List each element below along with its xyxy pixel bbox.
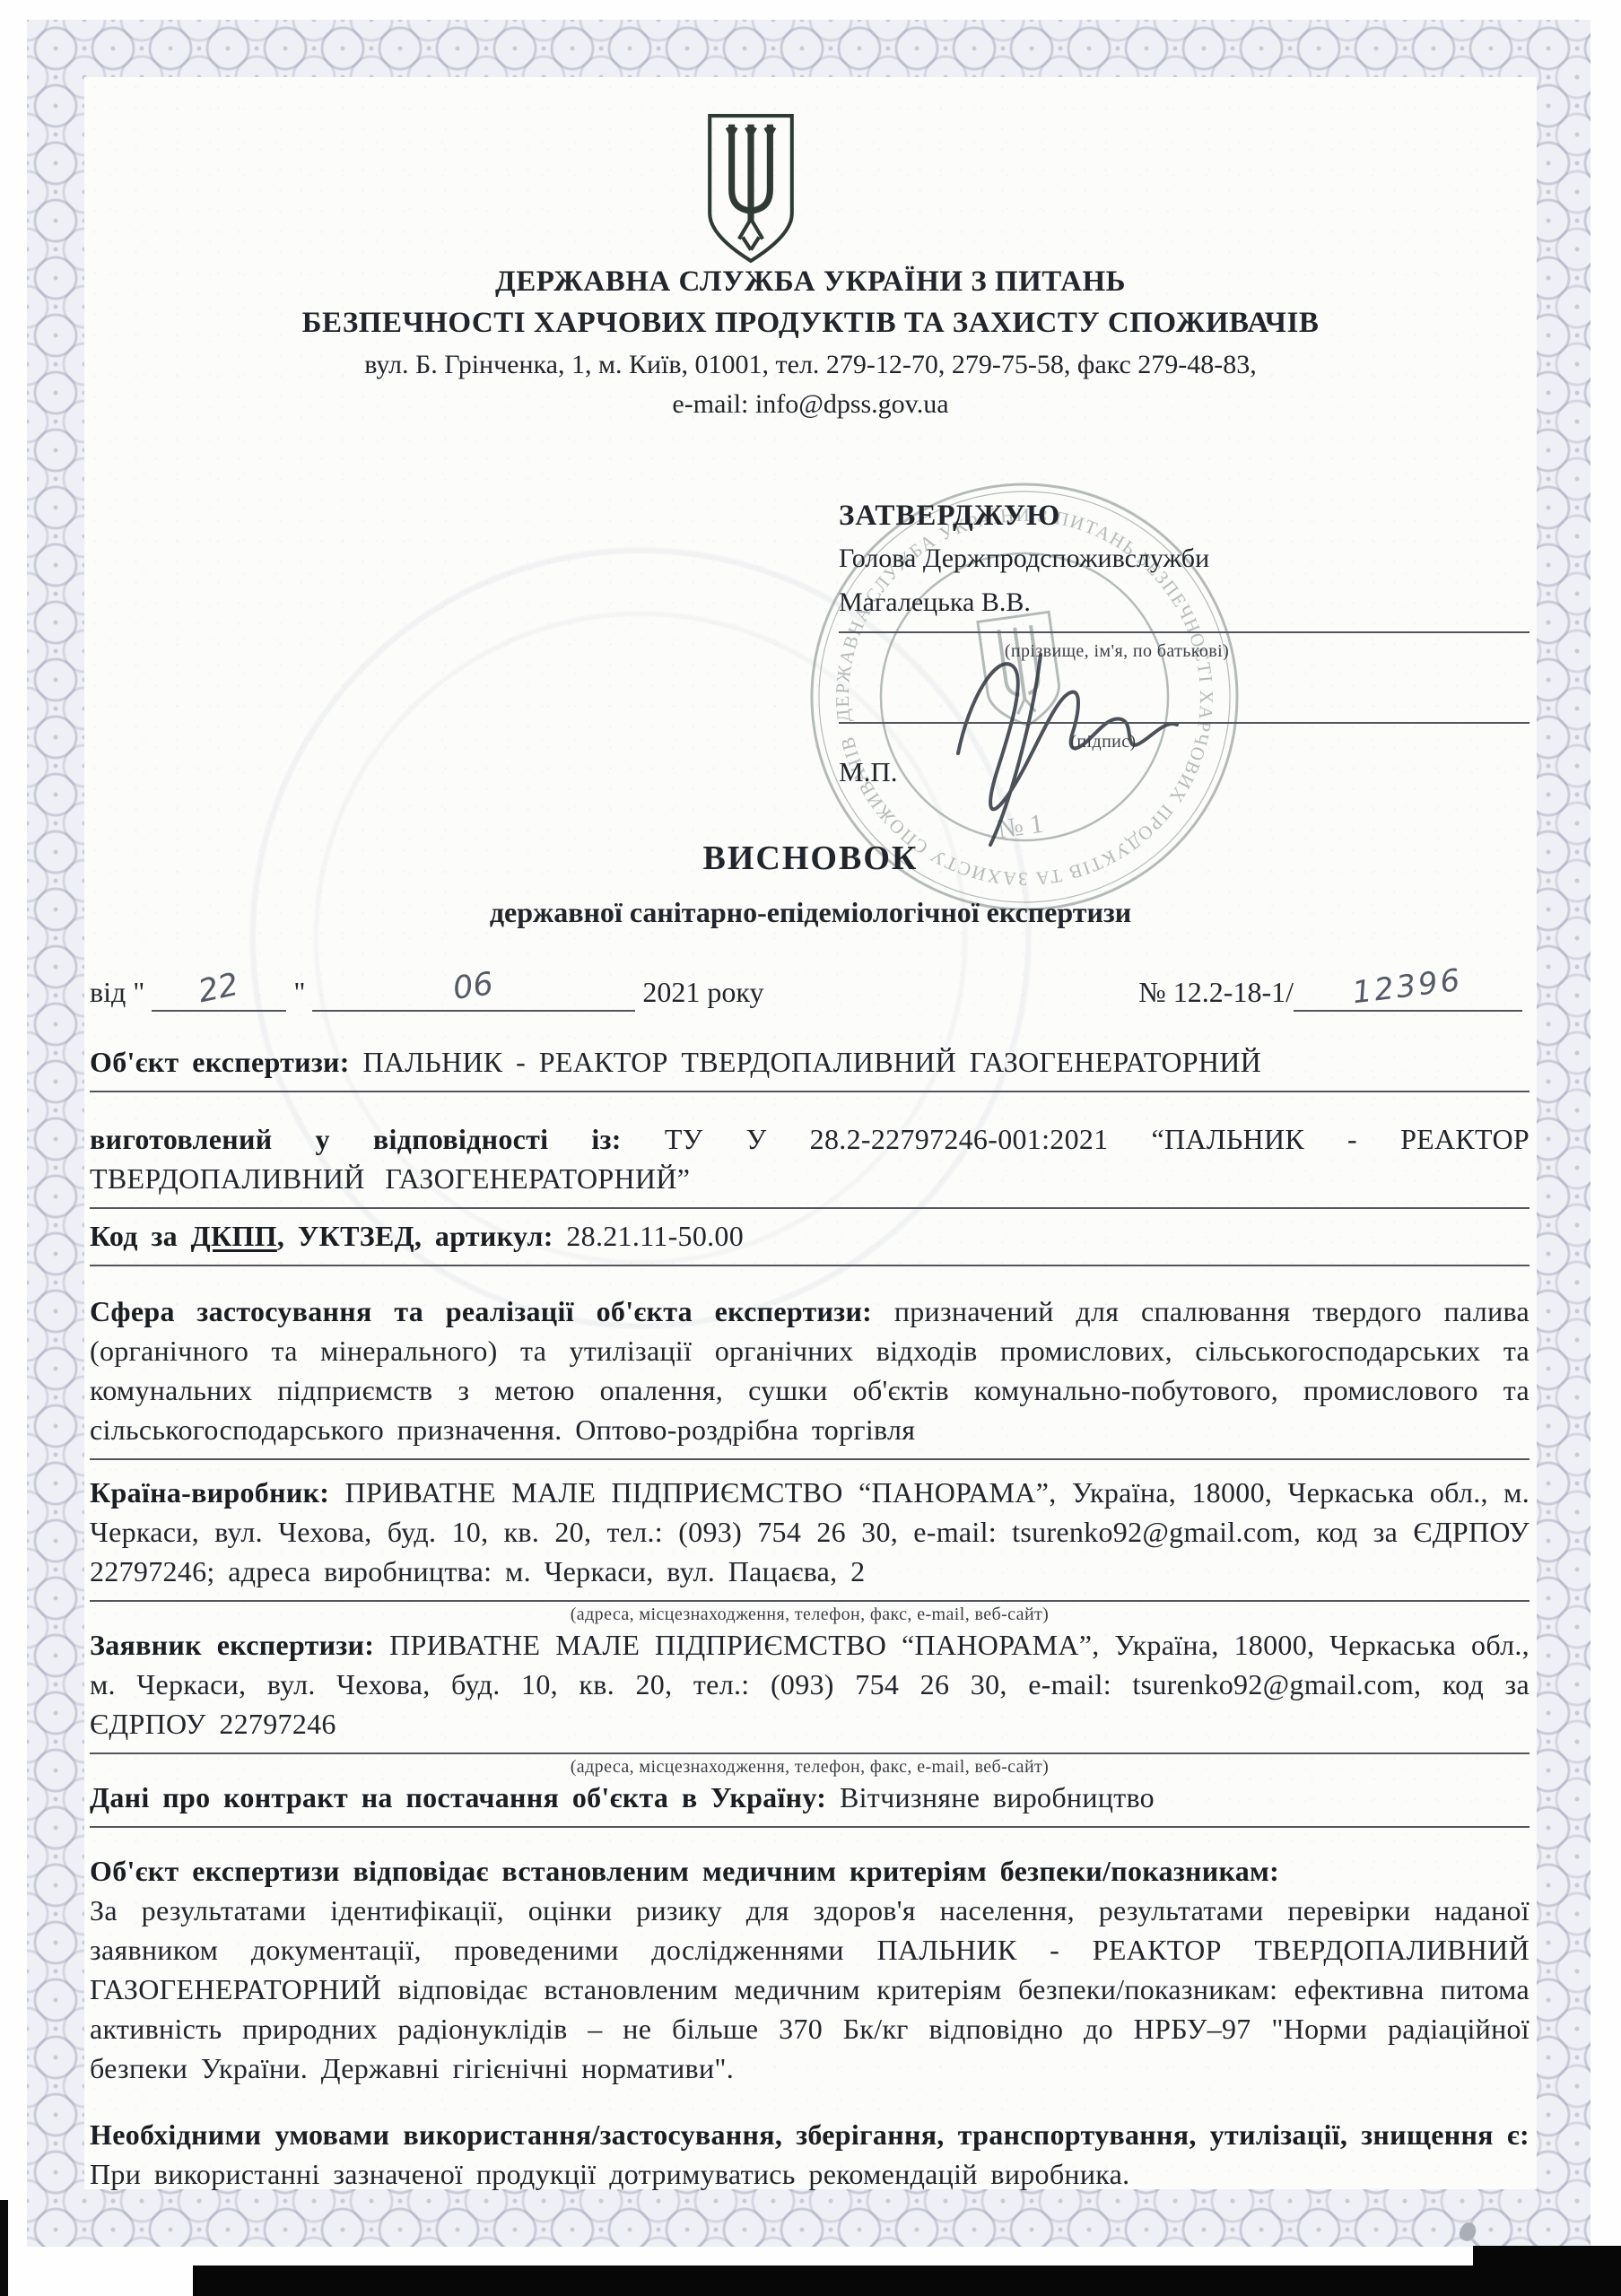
contract-row: Дані про контракт на постачання об'єкта … [90, 1778, 1529, 1828]
approval-section: ЗАТВЕРДЖУЮ Голова Держпродспоживслужби М… [839, 500, 1529, 801]
agency-name-line1: ДЕРЖАВНА СЛУЖБА УКРАЇНИ З ПИТАНЬ [84, 261, 1537, 302]
agency-name-line2: БЕЗПЕЧНОСТІ ХАРЧОВИХ ПРОДУКТІВ ТА ЗАХИСТ… [84, 302, 1537, 344]
doc-title-block: ВИСНОВОК державної санітарно-епідеміолог… [84, 839, 1537, 929]
conformity-label: Об'єкт експертизи відповідає встановлени… [90, 1855, 1279, 1887]
manufacturer-caption: (адреса, місцезнаходження, телефон, факс… [90, 1605, 1529, 1625]
applicant-row: Заявник експертизи: ПРИВАТНЕ МАЛЕ ПІДПРИ… [90, 1625, 1529, 1778]
sign-rule [839, 722, 1529, 724]
approver-position: Голова Держпродспоживслужби [839, 544, 1529, 574]
doc-subtitle: державної санітарно-епідеміологічної екс… [84, 896, 1537, 929]
sign-caption: (підпис) [839, 726, 1529, 757]
conditions-label: Необхідними умовами використання/застосу… [90, 2118, 1529, 2151]
doc-number-blank: 12396 [1294, 974, 1522, 1012]
code-value: 28.21.11-50.00 [566, 1220, 744, 1252]
code-label-dkpp: ДКПП [191, 1220, 277, 1252]
contract-value: Вітчизняне виробництво [840, 1781, 1155, 1813]
doc-number-label: № 12.2-18-1/ [1138, 976, 1294, 1008]
date-day-blank: 22 [152, 974, 286, 1012]
date-month-blank: 06 [312, 974, 635, 1012]
agency-header: ДЕРЖАВНА СЛУЖБА УКРАЇНИ З ПИТАНЬ БЕЗПЕЧН… [84, 261, 1537, 422]
scope-row: Сфера застосування та реалізації об'єкта… [90, 1291, 1529, 1460]
scan-artifact-left-strip [0, 2200, 8, 2296]
manufacturer-row: Країна-виробник: ПРИВАТНЕ МАЛЕ ПІДПРИЄМС… [90, 1473, 1529, 1625]
contract-label: Дані про контракт на постачання об'єкта … [90, 1781, 826, 1813]
conformity-row: Об'єкт експертизи відповідає встановлени… [90, 1851, 1529, 2088]
trident-emblem-icon [703, 111, 798, 268]
made-row: виготовлений у відповідності із: ТУ У 28… [90, 1119, 1529, 1209]
code-row: Код за ДКПП, УКТЗЕД, артикул: 28.21.11-5… [90, 1216, 1529, 1266]
object-value: ПАЛЬНИК - РЕАКТОР ТВЕРДОПАЛИВНИЙ ГАЗОГЕН… [362, 1046, 1261, 1078]
paper-area: ДЕРЖАВНА СЛУЖБА УКРАЇНИ З ПИТАНЬ БЕЗПЕЧН… [84, 77, 1537, 2189]
name-caption: (прізвище, ім'я, по батькові) [839, 636, 1529, 666]
date-year: 2021 року [642, 976, 763, 1008]
open-quote: " [133, 976, 144, 1008]
code-label-post: , УКТЗЕД, артикул: [277, 1220, 553, 1252]
object-label: Об'єкт експертизи: [90, 1046, 350, 1078]
conditions-value: При використанні зазначеної продукції до… [90, 2158, 1129, 2190]
manufacturer-label: Країна-виробник: [90, 1476, 329, 1509]
object-row: Об'єкт експертизи: ПАЛЬНИК - РЕАКТОР ТВЕ… [90, 1042, 1529, 1092]
scan-artifact-bottom-strip [193, 2266, 1621, 2296]
agency-address: вул. Б. Грінченка, 1, м. Київ, 01001, те… [84, 347, 1537, 383]
signature-space [839, 666, 1529, 711]
date-month: 06 [451, 966, 496, 1007]
code-label-pre: Код за [90, 1220, 191, 1252]
scope-label: Сфера застосування та реалізації об'єкта… [90, 1295, 872, 1327]
made-label: виготовлений у відповідності із: [90, 1123, 622, 1155]
conditions-row: Необхідними умовами використання/застосу… [90, 2115, 1529, 2194]
approver-name: Магалецька В.В. [839, 587, 1529, 618]
date-day: 22 [196, 967, 242, 1010]
close-quote: " [293, 976, 305, 1008]
document-page: ДЕРЖАВНА СЛУЖБА УКРАЇНИ З ПИТАНЬ БЕЗПЕЧН… [0, 0, 1621, 2296]
agency-email: e-mail: info@dpss.gov.ua [84, 387, 1537, 422]
applicant-caption: (адреса, місцезнаходження, телефон, факс… [90, 1757, 1529, 1778]
name-rule [839, 631, 1529, 633]
approve-word: ЗАТВЕРДЖУЮ [839, 500, 1529, 531]
doc-title: ВИСНОВОК [84, 839, 1537, 878]
applicant-label: Заявник експертизи: [90, 1629, 374, 1661]
dateline: від " 22 " 06 2021 року № 12.2-18-1/1239… [90, 974, 1529, 1012]
conformity-value: За результатами ідентифікації, оцінки ри… [90, 1894, 1529, 2084]
date-prefix: від [90, 976, 126, 1008]
doc-number-value: 12396 [1350, 962, 1464, 1012]
scan-artifact-bottom-right-block [1473, 2246, 1621, 2296]
seal-mark: М.П. [839, 757, 1529, 787]
doc-number: № 12.2-18-1/12396 [1138, 974, 1522, 1012]
